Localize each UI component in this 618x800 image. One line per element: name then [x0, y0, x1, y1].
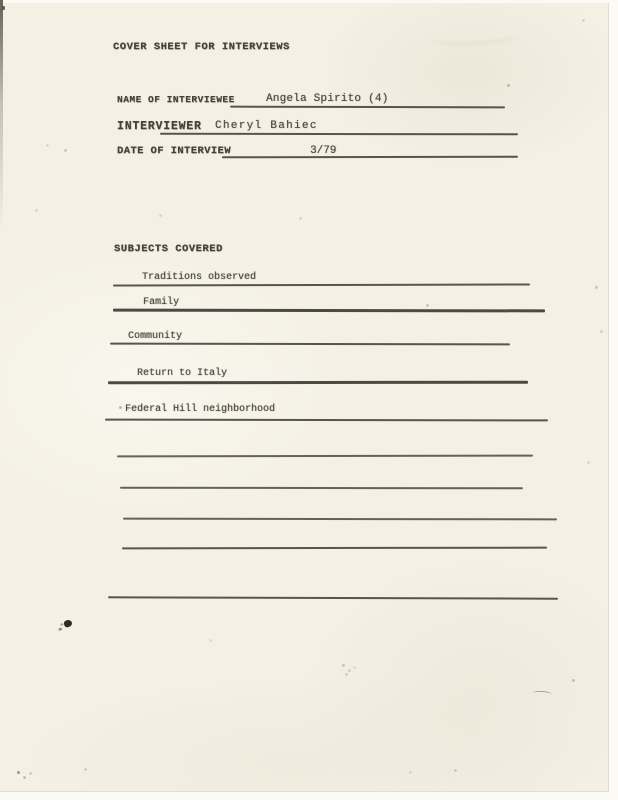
subject-text: Federal Hill neighborhood	[125, 404, 275, 415]
scan-corner-speck	[2, 6, 5, 10]
field-label-interviewer: INTERVIEWER	[117, 120, 202, 133]
field-value-interviewer: Cheryl Bahiec	[215, 120, 318, 132]
scanned-document-page: COVER SHEET FOR INTERVIEWS NAME OF INTER…	[0, 0, 618, 800]
field-value-interviewee: Angela Spirito (4)	[266, 93, 388, 105]
subject-text: Family	[143, 297, 179, 308]
scan-edge-artifact	[0, 0, 3, 230]
field-label-interviewee: NAME OF INTERVIEWEE	[117, 94, 235, 105]
subject-text: Traditions observed	[142, 272, 256, 283]
document-title: COVER SHEET FOR INTERVIEWS	[113, 41, 290, 53]
subject-text: Community	[128, 331, 182, 342]
field-label-date: DATE OF INTERVIEW	[117, 145, 231, 157]
subject-text: Return to Italy	[137, 368, 227, 379]
scan-noise-speckles	[0, 0, 1, 1]
subjects-heading: SUBJECTS COVERED	[114, 243, 223, 255]
